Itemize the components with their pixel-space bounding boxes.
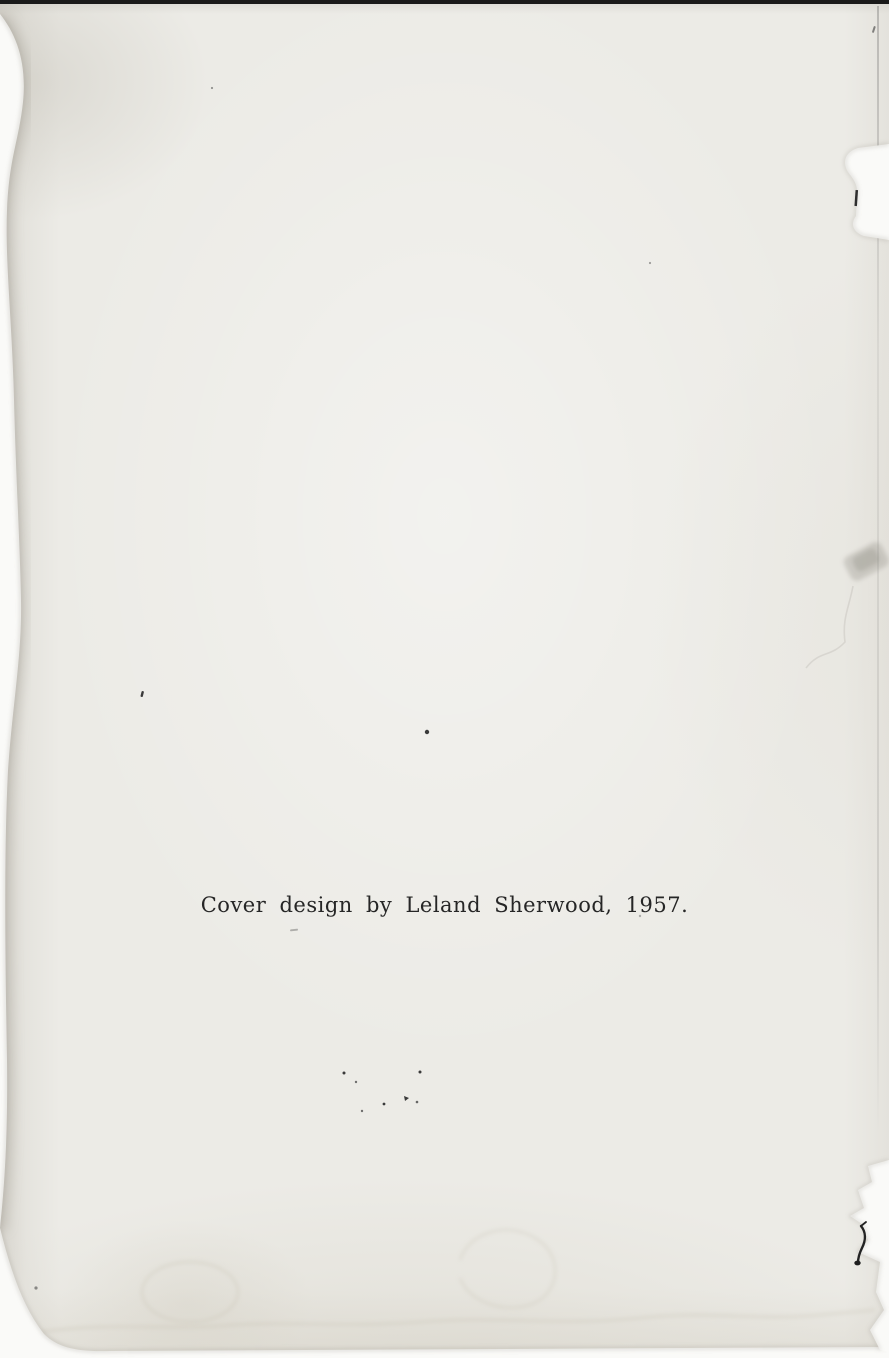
right-smudge (806, 540, 889, 668)
bottom-right-torn-area (850, 1160, 889, 1352)
left-torn-edge (0, 14, 26, 1230)
ink-specks (34, 26, 875, 1290)
scanned-page: Cover design by Leland Sherwood, 1957. (0, 0, 889, 1358)
bottom-stains (40, 1230, 875, 1332)
top-right-torn-notch (845, 144, 889, 240)
smudge-crease (806, 586, 853, 668)
scan-artifacts-overlay (0, 0, 889, 1358)
bottom-page-edge (0, 1228, 889, 1358)
